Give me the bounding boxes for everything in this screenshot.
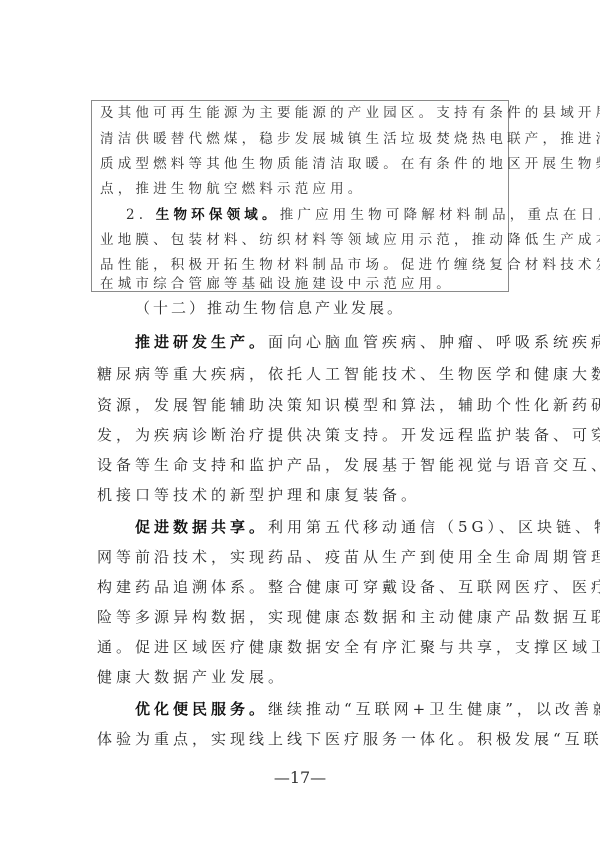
item-title: 生物环保领域。 <box>156 207 280 223</box>
paragraph-line: 发，为疾病诊断治疗提供决策支持。开发远程监护装备、可穿戴 <box>97 425 507 445</box>
paragraph-title: 优化便民服务。 <box>135 700 268 718</box>
paragraph-line: 机接口等技术的新型护理和康复装备。 <box>97 485 507 505</box>
paragraph-text: 利用第五代移动通信（5G）、区块链、物联 <box>268 518 600 536</box>
paragraph-first-line: 优化便民服务。继续推动“互联网+卫生健康”，以改善就医 <box>97 699 545 719</box>
box-line: 业地膜、包装材料、纺织材料等领域应用示范，推动降低生产成本和提升产 <box>100 231 504 249</box>
box-line: 点，推进生物航空燃料示范应用。 <box>100 180 504 198</box>
page-number: —17— <box>0 768 600 787</box>
paragraph-line: 设备等生命支持和监护产品，发展基于智能视觉与语音交互、脑 <box>97 455 507 475</box>
box-line: 及其他可再生能源为主要能源的产业园区。支持有条件的县域开展生物质能 <box>100 104 504 122</box>
item-text: 推广应用生物可降解材料制品，重点在日用制品、农 <box>280 207 600 223</box>
paragraph-first-line: 推进研发生产。面向心脑血管疾病、肿瘤、呼吸系统疾病、 <box>97 332 545 352</box>
paragraph-line: 体验为重点，实现线上线下医疗服务一体化。积极发展“互联网+ <box>97 729 507 749</box>
paragraph-text: 面向心脑血管疾病、肿瘤、呼吸系统疾病、 <box>268 333 600 351</box>
document-page: 及其他可再生能源为主要能源的产业园区。支持有条件的县域开展生物质能 清洁供暖替代… <box>0 0 600 849</box>
paragraph-line: 糖尿病等重大疾病，依托人工智能技术、生物医学和健康大数据 <box>97 364 507 384</box>
paragraph-line: 资源，发展智能辅助决策知识模型和算法，辅助个性化新药研 <box>97 395 507 415</box>
paragraph-line: 健康大数据产业发展。 <box>97 667 507 687</box>
box-line: 在城市综合管廊等基础设施建设中示范应用。 <box>100 277 504 291</box>
section-heading: （十二）推动生物信息产业发展。 <box>97 298 545 318</box>
paragraph-line: 网等前沿技术，实现药品、疫苗从生产到使用全生命周期管理， <box>97 547 507 567</box>
paragraph-first-line: 促进数据共享。利用第五代移动通信（5G）、区块链、物联 <box>97 517 545 537</box>
paragraph-title: 促进数据共享。 <box>135 518 268 536</box>
paragraph-title: 推进研发生产。 <box>135 333 268 351</box>
box-line: 清洁供暖替代燃煤，稳步发展城镇生活垃圾焚烧热电联产，推进沼气、生物 <box>100 130 504 148</box>
paragraph-line: 构建药品追溯体系。整合健康可穿戴设备、互联网医疗、医疗保 <box>97 577 507 597</box>
paragraph-line: 险等多源异构数据，实现健康态数据和主动健康产品数据互联互 <box>97 607 507 627</box>
box-line: 品性能，积极开拓生物材料制品市场。促进竹缠绕复合材料技术发展，推动 <box>100 256 504 274</box>
item-number: 2. <box>126 207 156 223</box>
boxed-text-panel: 及其他可再生能源为主要能源的产业园区。支持有条件的县域开展生物质能 清洁供暖替代… <box>91 100 509 292</box>
box-line: 质成型燃料等其他生物质能清洁取暖。在有条件的地区开展生物柴油推广试 <box>100 155 504 173</box>
box-item-2: 2. 生物环保领域。推广应用生物可降解材料制品，重点在日用制品、农 <box>100 206 530 224</box>
paragraph-text: 继续推动“互联网+卫生健康”，以改善就医 <box>268 700 600 718</box>
paragraph-line: 通。促进区域医疗健康数据安全有序汇聚与共享，支撑区域卫生 <box>97 637 507 657</box>
